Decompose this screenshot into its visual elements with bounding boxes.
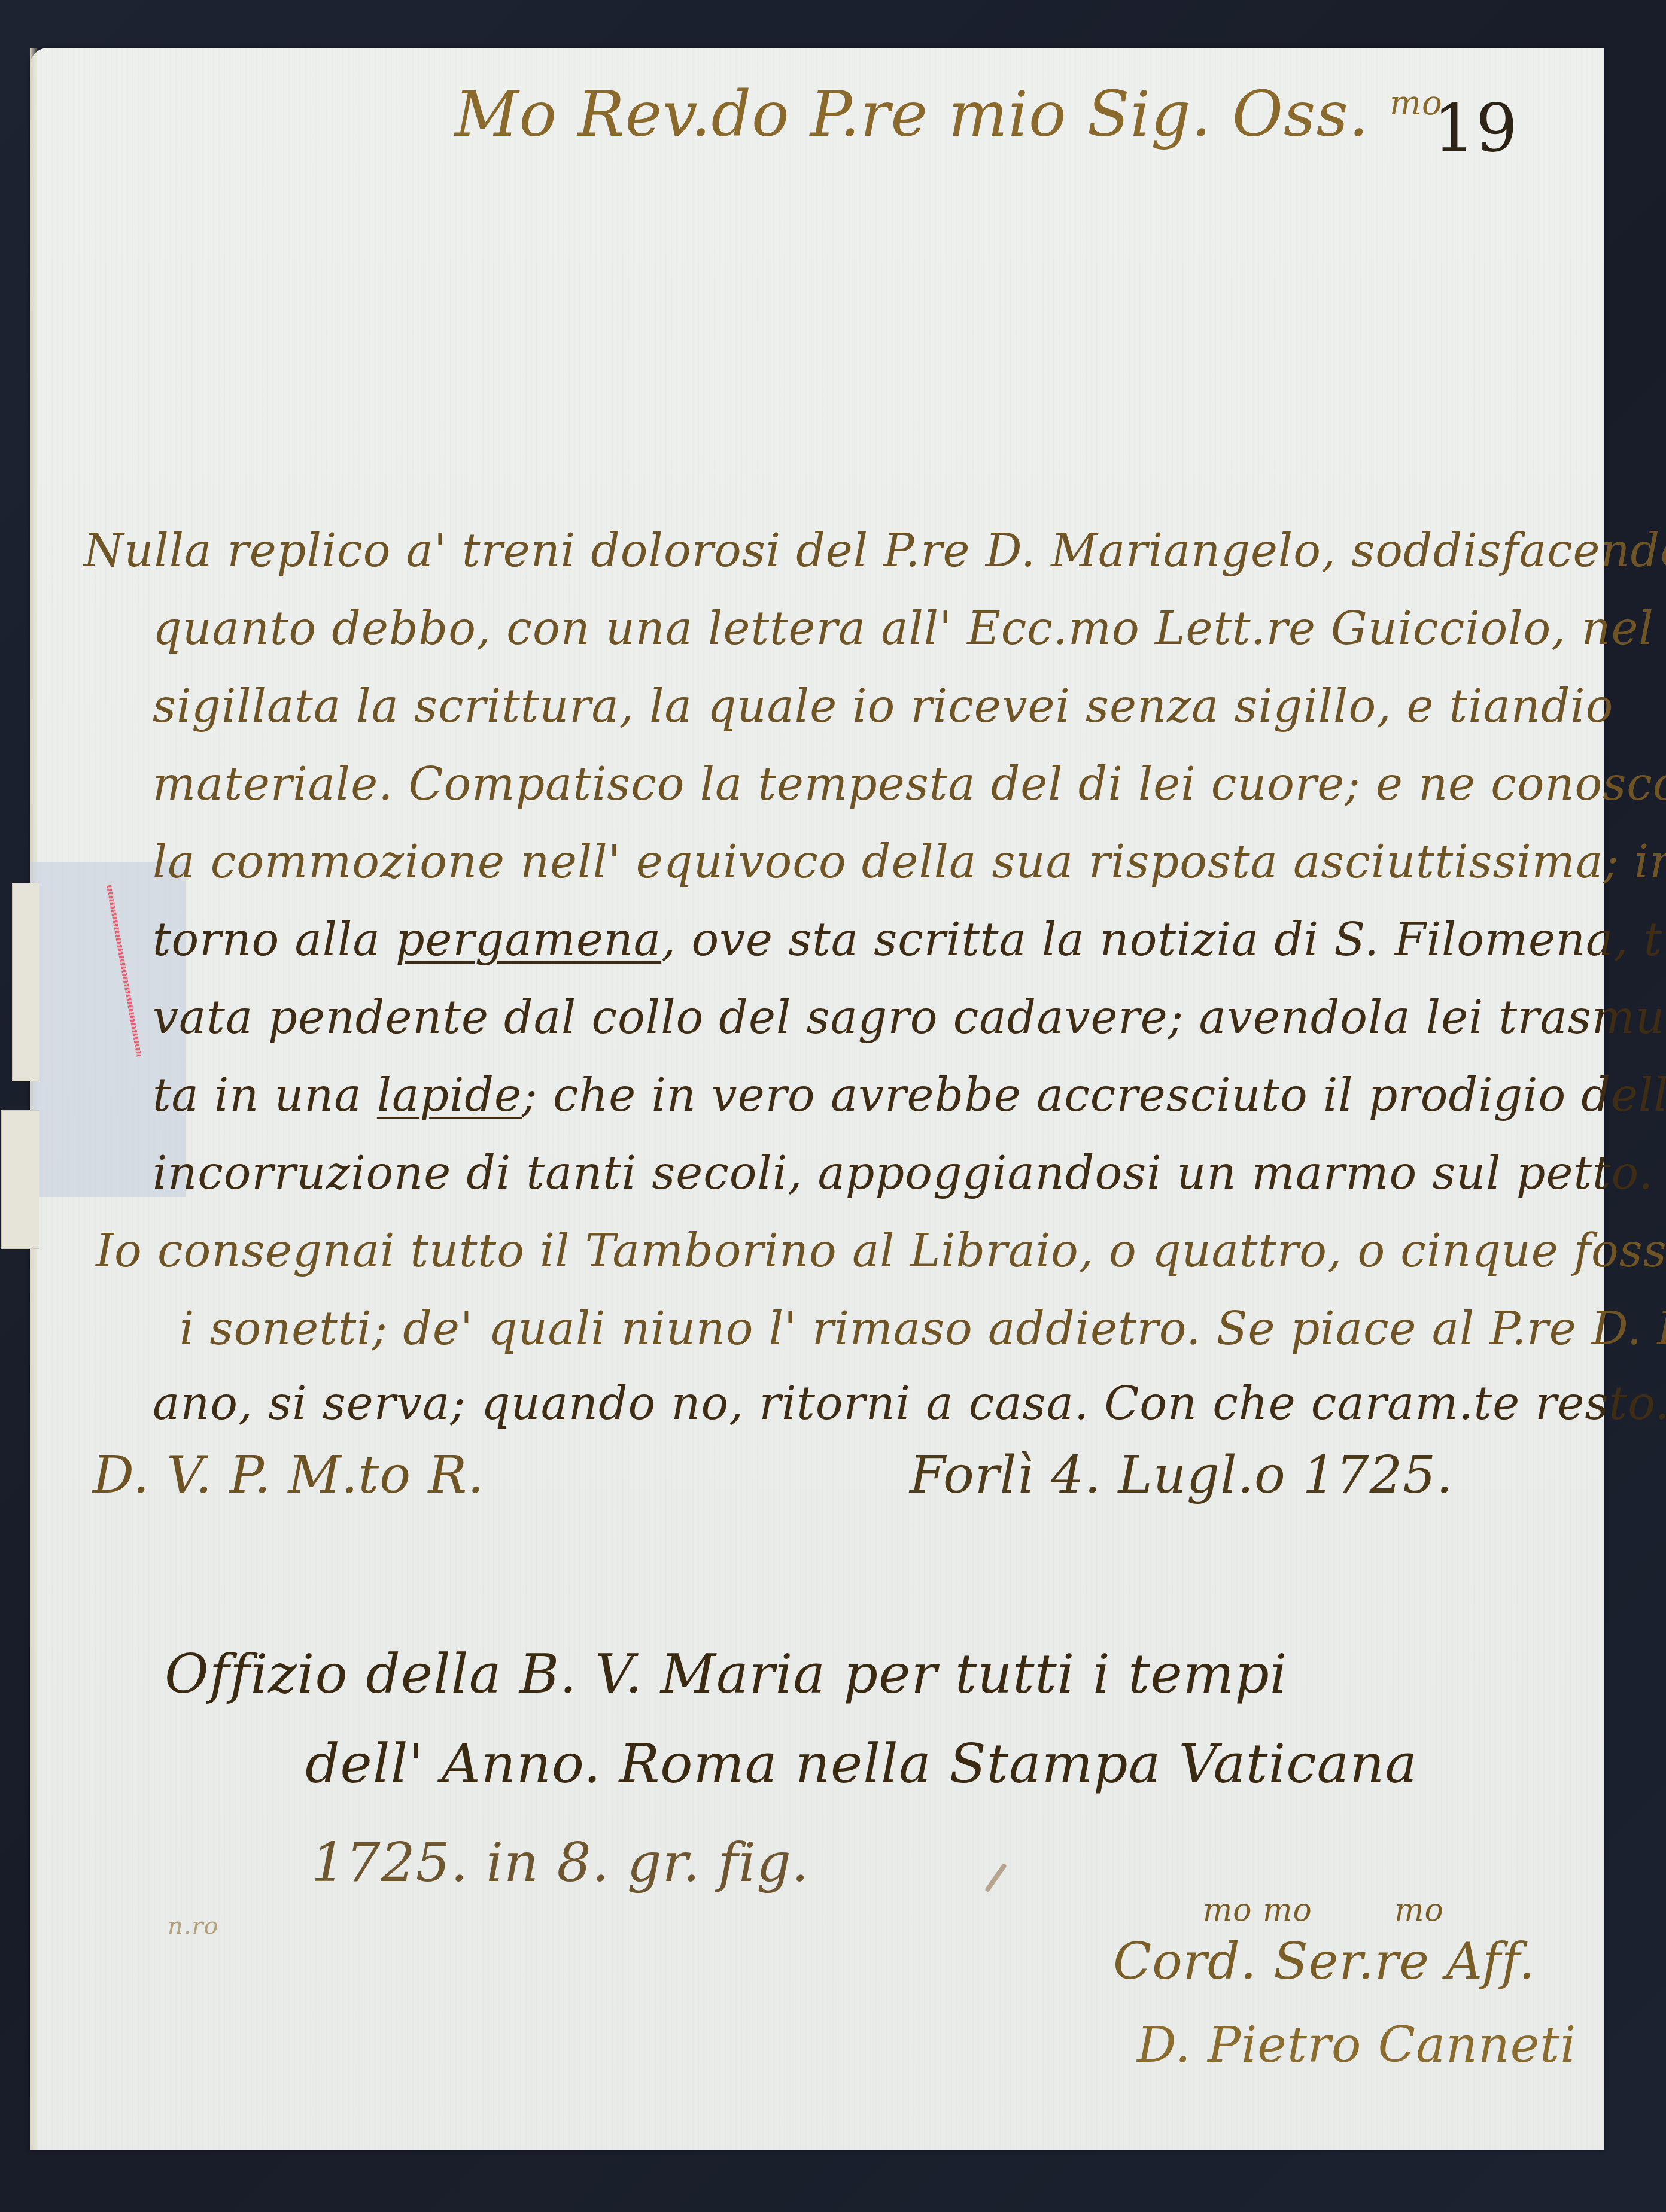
body-line-6: torno alla pergamena, ove sta scritta la… [153,913,1666,966]
dateline: Forlì 4. Lugl.o 1725. [910,1445,1453,1505]
margin-mark: n.ro [168,1912,219,1940]
body-line-5: la commozione nell' equivoco della sua r… [153,835,1666,888]
signature: D. Pietro Canneti [1137,2017,1576,2074]
body-line-8: ta in una lapide; che in vero avrebbe ac… [153,1068,1666,1122]
body-line-12: ano, si serva; quando no, ritorni a casa… [153,1377,1666,1430]
postscript-line-3: 1725. in 8. gr. fig. [311,1831,809,1894]
closing-abbreviation: D. V. P. M.to R. [93,1445,485,1505]
body-line-10: Io consegnai tutto il Tamborino al Libra… [96,1224,1666,1277]
signoff-line: Cord. Ser.re Aff. [1113,1930,1536,1993]
underlined-word: lapide [377,1068,522,1122]
signoff-superscript-left: mo mo [1203,1892,1312,1928]
postscript-line-2: dell' Anno. Roma nella Stampa Vaticana [305,1733,1418,1795]
body-line-9: incorruzione di tanti secoli, appoggiand… [153,1146,1653,1199]
body-line-6-text: torno alla pergamena, ove sta scritta la… [153,913,1666,966]
body-line-3: sigillata la scrittura, la quale io rice… [153,679,1613,733]
signoff-superscripts: mo mo mo [1113,1891,1536,1930]
signoff: mo mo mo Cord. Ser.re Aff. [1113,1891,1536,1993]
binding-tab-lower [1,1110,39,1249]
postscript-line-1: Offizio della B. V. Maria per tutti i te… [165,1643,1288,1706]
salutation-text: Mo Rev.do P.re mio Sig. Oss. [455,78,1369,151]
signoff-superscript-right: mo [1394,1892,1444,1928]
body-line-2: quanto debbo, con una lettera all' Ecc.m… [153,601,1666,655]
body-line-1: Nulla replico a' treni dolorosi del P.re… [84,524,1666,577]
salutation: Mo Rev.do P.re mio Sig. Oss. mo [455,78,1443,151]
folio-number: 19 [1433,90,1518,166]
body-line-11: i sonetti; de' quali niuno l' rimaso add… [180,1302,1666,1355]
body-line-7: vata pendente dal collo del sagro cadave… [153,990,1666,1044]
binding-tab-upper [12,883,39,1081]
underlined-word: pergamena [396,913,661,966]
body-line-4: materiale. Compatisco la tempesta del di… [153,757,1666,810]
